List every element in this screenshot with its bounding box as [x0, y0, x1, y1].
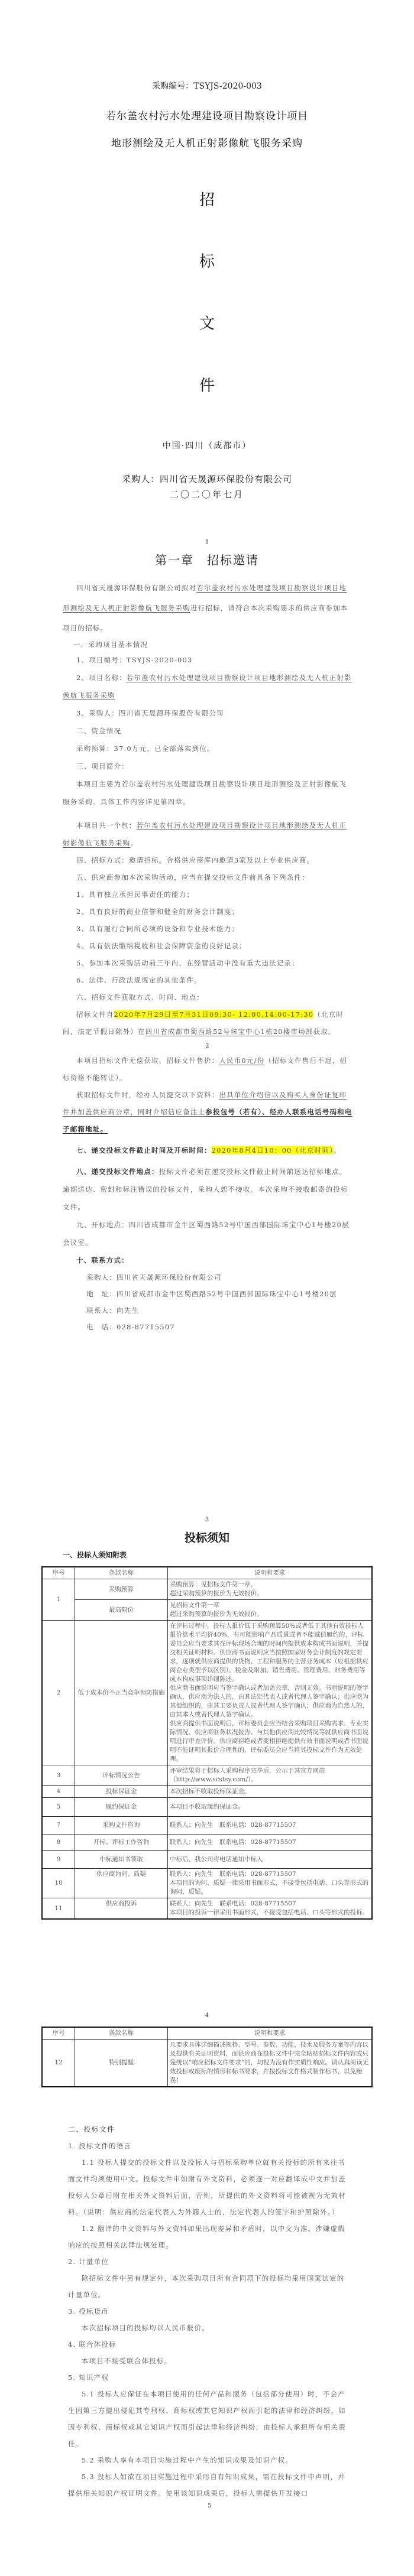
s5-title: 五、供应商参加本次采购活动，应当在提交投标文件前具备下列条件：	[63, 869, 352, 886]
row-name: 开标、评标工作咨询	[75, 1835, 168, 1851]
cover-char-4: 件	[0, 373, 414, 395]
s6-fee: 本项目招标文件无偿获取，招标文件售价：人民币0元/份（招标文件售后不退，招标资格…	[63, 1052, 352, 1087]
header-desc: 说明和要求	[168, 1567, 373, 1579]
chapter2-title-text: 投标须知	[0, 1529, 414, 1545]
row-name: 供应商询问、质疑	[75, 1869, 168, 1898]
header-no: 序号	[42, 1567, 75, 1579]
row-desc: 本次招标不收取投标保证金。	[168, 1786, 373, 1798]
row-no: 10	[42, 1869, 75, 1898]
table-row: 3 评标情况公告 评审结果将于招标人采购程序完毕后，公示于其官方网站（http:…	[42, 1765, 372, 1786]
s9: 九、开标地点：四川省成都市金牛区蜀西路52号中国西部国际珠宝中心1号楼20层会议…	[63, 1216, 352, 1251]
s5-item: 6、法律、行政法规规定的其他条件。	[63, 972, 352, 989]
s6-pre: 招标文件自	[76, 1010, 114, 1019]
row-no: 12	[42, 2040, 75, 2087]
row-desc: 联系人：向先生 联系电话：028-87715507	[168, 1835, 373, 1851]
row-no: 5	[42, 1798, 75, 1817]
s1-item1: 1、项目编号：TSYJS-2020-003	[63, 651, 352, 669]
header-desc: 说明和要求	[168, 2027, 373, 2040]
row-no: 8	[42, 1835, 75, 1851]
table-row: 11 供应商投诉 联系人：向先生 联系电话：028-87715507 本项目的投…	[42, 1898, 372, 1920]
table-row: 12 特别提醒 凡要求具体详细描述规格、型号、参数、功能、技术及服务方案等内容以…	[42, 2040, 372, 2087]
table-row: 5 履约保证金 本项目不收取履约保证金。	[42, 1798, 372, 1817]
page-number: 2	[63, 1040, 352, 1052]
header-name: 条款名称	[75, 2027, 168, 2040]
row-no: 1	[42, 1579, 75, 1621]
row-name: 投标保证金	[75, 1786, 168, 1798]
s4: 四、招标方式：邀请招标。合格供应商库内邀请3家及以上专业供应商。	[63, 852, 352, 869]
s2-title: 二、资金情况	[63, 722, 352, 740]
item-paragraph: 本次招标项目的投标均以人民币报价。	[68, 2320, 352, 2336]
contact-person: 联系人：向先生	[63, 1302, 352, 1319]
row-name: 履约保证金	[75, 1798, 168, 1817]
s1-item2-label: 2、项目名称：	[76, 674, 127, 682]
s6-paragraph: 招标文件自2020年7月29日至7月31日09:30- 12:00,14:00-…	[63, 1006, 352, 1040]
table-row: 1 采购预算 采购预算：见招标文件第一章。 超过采购预算的报价为无效报价。	[42, 1579, 372, 1600]
row-desc: 见招标文件第一章 超过采购预算的报价为无效报价。	[168, 1600, 373, 1621]
row-no: 3	[42, 1765, 75, 1786]
row-name: 采购文件咨询	[75, 1817, 168, 1835]
row-desc: 中标后，我公司将电话通知中标人	[168, 1851, 373, 1869]
s5-item: 4、具有依法缴纳税收和社会保障资金的良好记录；	[63, 938, 352, 955]
table-row: 7 采购文件咨询 联系人：向先生 联系电话：028-87715507	[42, 1817, 372, 1835]
s7-label: 七、递交投标文件截止时间及开标时间：	[76, 1146, 212, 1154]
table-header-row: 序号 条款名称 说明和要求	[42, 2027, 372, 2040]
row-name: 中标通知书领取	[75, 1851, 168, 1869]
s6-fee-value: 人民币0元/份	[219, 1056, 264, 1065]
row-desc: 联系人：向先生 联系电话：028-87715507 本项目的询问、质疑一律采用书…	[168, 1869, 373, 1898]
cover-title-line2: 地形测绘及无人机正射影像航飞服务采购	[0, 135, 414, 149]
row-desc: 联系人：向先生 联系电话：028-87715507 本项目的投诉一律采用书面形式…	[168, 1898, 373, 1920]
row-desc: 联系人：向先生 联系电话：028-87715507	[168, 1817, 373, 1835]
row-desc: 采购预算：见招标文件第一章。 超过采购预算的报价为无效报价。	[168, 1579, 373, 1600]
row-no: 2	[42, 1621, 75, 1765]
row-name: 最高限价	[75, 1600, 168, 1621]
s3-package: 本项目共一个包：若尔盖农村污水处理建设项目勘察设计项目地形测绘及无人机正射影像航…	[63, 817, 352, 852]
s1-item3: 3、采购人：四川省天晟源环保股份有限公司	[63, 704, 352, 722]
row-name: 低于成本价不正当竞争预防措施	[75, 1621, 168, 1765]
cover-title-line1: 若尔盖农村污水处理建设项目勘察设计项目	[0, 108, 414, 122]
item-paragraph: 1.2 翻译的中文资料与外文资料如果出现差异和矛盾时，以中文为准。涉嫌虚假响应的…	[68, 2220, 352, 2253]
table-section-title: 一、投标人须知附表	[63, 1550, 127, 1560]
s6-place: 四川省成都市蜀西路52号珠宝中心1栋20楼市场部	[145, 1027, 313, 1036]
item-heading: 4. 联合体投标	[68, 2336, 352, 2353]
s6-fee-pre: 本项目招标文件无偿获取，招标文件售价：	[76, 1056, 219, 1065]
s10-title: 十、联系方式：	[63, 1251, 352, 1269]
row-name: 供应商投诉	[75, 1898, 168, 1920]
item-paragraph: 1.1 投标人提交的投标文件以及投标人与招标采购单位就有关投标的所有来往书面文件…	[68, 2154, 352, 2220]
row-name: 特别提醒	[75, 2040, 168, 2087]
table-row: 9 中标通知书领取 中标后，我公司将电话通知中标人	[42, 1851, 372, 1869]
s2-text: 采购预算：37.0万元，已全部落实到位。	[63, 740, 352, 757]
s3-package-label: 本项目共一个包：	[76, 821, 137, 830]
row-desc: 本项目不收取履约保证金。	[168, 1798, 373, 1817]
s6-time-highlight: 2020年7月29日至7月31日09:30- 12:00,14:00-17:30	[114, 1010, 314, 1019]
s3-text: 本项目主要为若尔盖农村污水处理建设项目勘察设计项目地形测绘及正射影像航飞服务采购…	[63, 775, 352, 811]
page-number: 1	[0, 539, 414, 545]
item-paragraph: 5.2 采购人享有本项目实施过程中产生的知识成果及知识产权。	[68, 2452, 352, 2468]
s5-item: 2、具有良好的商业信誉和健全的财务会计制度；	[63, 903, 352, 921]
intro-pre: 四川省天晟源环保股份有限公司拟对	[76, 584, 196, 592]
row-desc: 评审结果将于招标人采购程序完毕后，公示于其官方网站（http://www.scs…	[168, 1765, 373, 1786]
item-paragraph: 5.1 投标人应保证在本项目使用的任何产品和服务（包括部分使用）时，不会产生因第…	[68, 2386, 352, 2452]
row-no: 7	[42, 1817, 75, 1835]
contact-address: 地 址：四川省成都市金牛区蜀西路52号中国西部国际珠宝中心1号楼20层	[63, 1286, 352, 1302]
contact-phone: 电 话：028-87715507	[63, 1319, 352, 1335]
table-row: 最高限价 见招标文件第一章 超过采购预算的报价为无效报价。	[42, 1600, 372, 1621]
row-desc: 在评标过程中，投标人报价低于采购预算50%或者低于其他有效投标人报价算术平均价4…	[168, 1621, 373, 1765]
s5-item: 5、参加本次采购活动前三年内，在经营活动中没有重大违法记录；	[63, 955, 352, 972]
s3-title: 三、项目简介：	[63, 757, 352, 775]
chapter-title: 第一章 招标邀请	[0, 551, 414, 568]
s1-item2: 2、项目名称：若尔盖农村污水处理建设项目勘察设计项目地形测绘及无人机正射影像航飞…	[63, 669, 352, 704]
table-row: 2 低于成本价不正当竞争预防措施 在评标过程中，投标人报价低于采购预算50%或者…	[42, 1621, 372, 1765]
s6-title: 六、招标文件获取方式、时间、地点：	[63, 989, 352, 1006]
s2-title: 二、投标文件	[68, 2121, 352, 2138]
s7-end: 。	[334, 1146, 341, 1154]
s7: 七、递交投标文件截止时间及开标时间：2020年8月4日10：00（北京时间）。	[63, 1141, 352, 1159]
page-number: 3	[0, 1517, 414, 1523]
table-row: 10 供应商询问、质疑 联系人：向先生 联系电话：028-87715507 本项…	[42, 1869, 372, 1898]
page-number: 5	[68, 2502, 352, 2511]
s8-label: 八、递交投标文件地点：	[76, 1167, 159, 1176]
chapter1-body: 四川省天晟源环保股份有限公司拟对若尔盖农村污水处理建设项目勘察设计项目地形测绘及…	[63, 578, 352, 1335]
header-name: 条款名称	[75, 1567, 168, 1579]
item-paragraph: 本项目不接受联合体投标。	[68, 2353, 352, 2369]
item-heading: 2. 计量单位	[68, 2253, 352, 2270]
s1-title: 一、采购项目基本情况	[63, 638, 352, 651]
s3-package-end: 。	[130, 839, 138, 847]
cover-char-2: 标	[0, 249, 414, 271]
table-row: 8 开标、评标工作咨询 联系人：向先生 联系电话：028-87715507	[42, 1835, 372, 1851]
item-heading: 5. 知识产权	[68, 2369, 352, 2386]
row-name: 评标情况公告	[75, 1765, 168, 1786]
row-no: 9	[42, 1851, 75, 1869]
s5-item: 1、具有独立承担民事责任的能力；	[63, 886, 352, 903]
cover-date: 二〇二〇年七月	[0, 488, 414, 500]
cover-char-1: 招	[0, 188, 414, 210]
bid-documents-section: 二、投标文件 1. 投标文件的语言 1.1 投标人提交的投标文件以及投标人与招标…	[68, 2121, 352, 2511]
cover-place: 中国·四川（成都市）	[0, 440, 414, 451]
cover-purchaser-text: 采购人：四川省天晟源环保股份有限公司	[0, 473, 414, 485]
s8: 八、递交投标文件地点：投标文件必须在递交投标文件截止时间前送达招标地点。逾期送达…	[63, 1163, 352, 1216]
page-number: 4	[0, 2012, 414, 2019]
row-no: 11	[42, 1898, 75, 1920]
requirements-table-continued: 序号 条款名称 说明和要求 12 特别提醒 凡要求具体详细描述规格、型号、参数、…	[41, 2027, 373, 2087]
item-paragraph: 5.3 投标人如欲在项目实施过程中采用自有知识成果，需在投标文件中声明，并提供相…	[68, 2468, 352, 2502]
item-paragraph: 除招标文件中另有规定外，本次采购项目所有合同项下的投标均采用国家法定的计量单位。	[68, 2270, 352, 2303]
intro-paragraph: 四川省天晟源环保股份有限公司拟对若尔盖农村污水处理建设项目勘察设计项目地形测绘及…	[63, 578, 352, 638]
row-desc: 凡要求具体详细描述规格、型号、参数、功能、技术及服务方案等内容以及提供有关证明资…	[168, 2040, 373, 2087]
s6-docs-pre: 获取招标文件时，经办人员提交以下资料：	[76, 1091, 219, 1099]
row-no: 4	[42, 1786, 75, 1798]
requirements-table: 序号 条款名称 说明和要求 1 采购预算 采购预算：见招标文件第一章。 超过采购…	[41, 1566, 373, 1920]
contact-purchaser: 采购人：四川省天晟源环保股份有限公司	[63, 1269, 352, 1286]
s6-end: 获取。	[313, 1027, 336, 1036]
table-header-row: 序号 条款名称 说明和要求	[42, 1567, 372, 1579]
cover-char-3: 文	[0, 311, 414, 333]
procurement-code: 采购编号：TSYJS-2020-003	[0, 80, 414, 92]
s6-docs: 获取招标文件时，经办人员提交以下资料：出具单位介绍信以及购买人身份证复印件并加盖…	[63, 1087, 352, 1138]
header-no: 序号	[42, 2027, 75, 2040]
item-heading: 3. 投标货币	[68, 2303, 352, 2320]
s5-item: 3、具有履行合同所必须的设备和专业技术能力；	[63, 921, 352, 938]
row-name: 采购预算	[75, 1579, 168, 1600]
item-heading: 1. 投标文件的语言	[68, 2138, 352, 2154]
s7-time-highlight: 2020年8月4日10：00（北京时间）	[212, 1146, 334, 1154]
table-row: 4 投标保证金 本次招标不收取投标保证金。	[42, 1786, 372, 1798]
